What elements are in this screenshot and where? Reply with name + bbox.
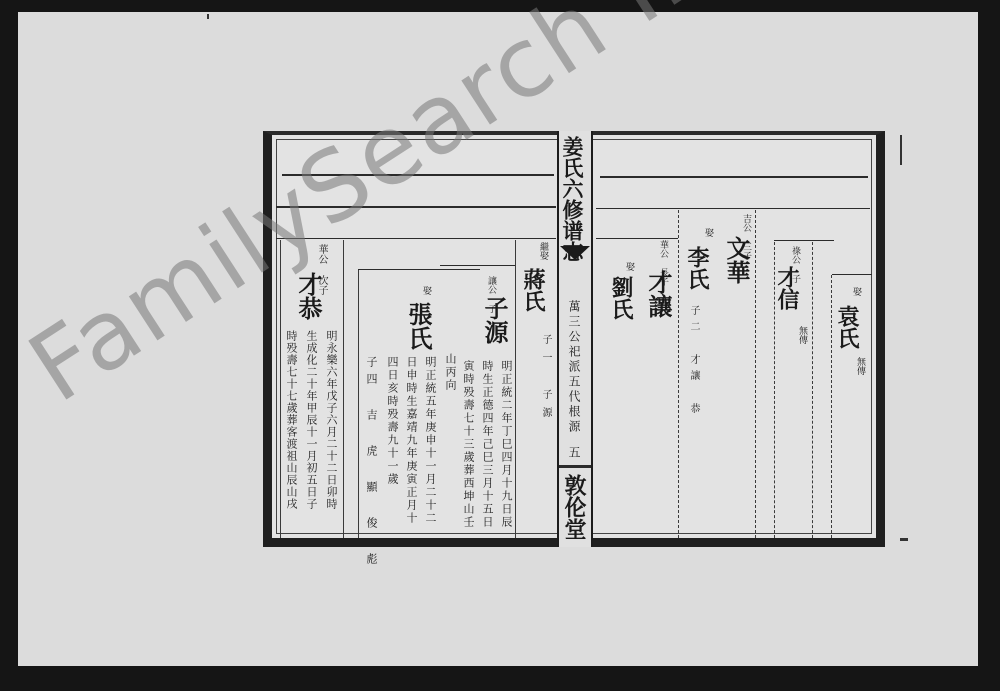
spouse-prefix: 娶: [624, 262, 633, 271]
book-title: 姜氏六修谱志: [562, 136, 583, 262]
rule-line: [596, 208, 870, 209]
rule-line: [774, 240, 834, 241]
spouse-prefix: 娶: [851, 287, 860, 296]
rule-line: [358, 269, 480, 270]
status-note: 無傳: [855, 357, 864, 375]
hall-name: 敦伦堂: [563, 474, 585, 540]
rule-line: [596, 238, 678, 239]
birth-death-record: 寅時殁壽七十三歲葬西坤山壬: [463, 360, 474, 529]
person-name: 子源: [482, 296, 506, 344]
rule-line: [516, 238, 556, 239]
rule-line: [440, 265, 516, 266]
birth-death-record: 日申時生嘉靖九年庚寅正月十: [406, 356, 417, 525]
person-name: 才恭: [296, 272, 320, 320]
column-divider: [812, 242, 813, 538]
spouse-name: 張氏: [406, 302, 430, 350]
birth-death-record: 生成化二十年甲辰十一月初五日子: [306, 330, 317, 510]
column-divider: [515, 240, 516, 538]
children-list: 子四 吉 虎 顯 俊 彪: [366, 356, 377, 570]
spouse-prefix: 娶: [421, 286, 430, 295]
rule-line: [600, 176, 868, 178]
ink-speck: [900, 538, 908, 541]
birth-death-record: 明正統五年庚申十一月二十二: [425, 356, 436, 525]
column-divider: [343, 240, 344, 538]
birth-death-record: 時殁壽七十七歲葬客渡祖山辰山戌: [286, 330, 297, 510]
birth-death-record: 時生正德四年己巳三月十五日: [482, 360, 493, 529]
column-divider: [755, 210, 756, 538]
burial-orientation: 山丙向: [445, 353, 456, 392]
ink-speck: [207, 14, 209, 19]
column-divider: [678, 210, 679, 538]
spouse-name: 蔣氏: [522, 268, 544, 312]
spouse-prefix: 繼娶: [538, 242, 547, 260]
person-name: 才讓: [646, 270, 670, 318]
spouse-name: 李氏: [686, 246, 708, 290]
ink-speck: [900, 135, 902, 165]
section-title: 萬三公祀派五代根源: [568, 300, 580, 435]
person-name: 文華: [724, 236, 748, 284]
birth-death-record: 明永樂六年戊子六月二十二日卯時: [326, 330, 337, 510]
spouse-prefix: 娶: [703, 228, 712, 237]
status-note: 無傳: [797, 326, 806, 344]
column-divider: [831, 275, 832, 538]
spouse-name: 劉氏: [610, 276, 632, 320]
birth-death-record: 四日亥時殁壽九十一歲: [387, 356, 398, 486]
column-divider: [358, 270, 359, 538]
rule-line: [282, 174, 554, 176]
rule-line: [276, 206, 556, 208]
page-number: 五: [568, 446, 580, 458]
children-list: 子一 子源: [540, 334, 550, 425]
birth-death-record: 明正統二年丁巳四月十九日辰: [501, 360, 512, 529]
person-name: 才信: [776, 266, 798, 310]
spine-rule: [559, 465, 591, 468]
rule-line: [276, 238, 556, 239]
rule-line: [832, 274, 872, 275]
column-divider: [280, 240, 281, 538]
spouse-name: 袁氏: [836, 305, 858, 349]
children-list: 子二 才讓 恭: [688, 305, 698, 419]
